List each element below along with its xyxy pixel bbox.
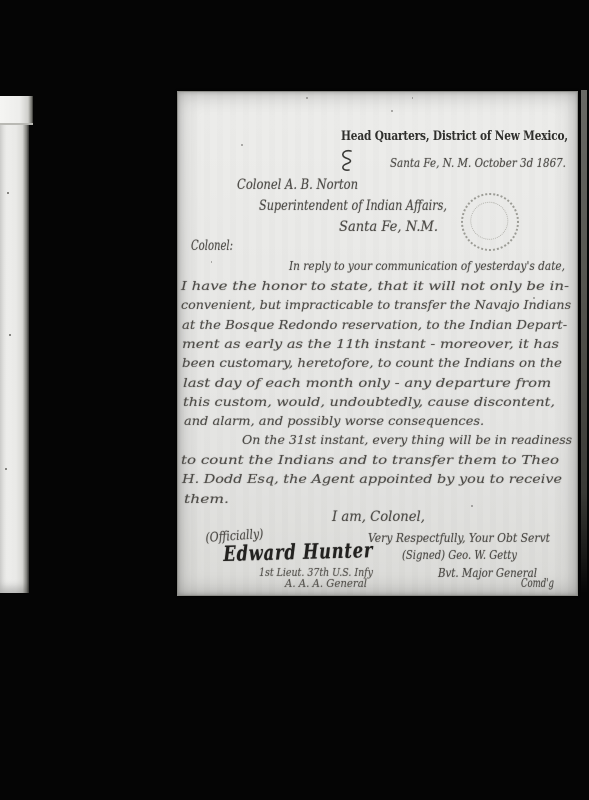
circular-stamp-inner-ring — [466, 198, 512, 244]
valediction: I am, Colonel, — [332, 509, 425, 525]
dust-speck — [211, 261, 212, 263]
recipient-title: Superintendent of Indian Affairs, — [259, 198, 447, 214]
body-line: last day of each month only - any depart… — [183, 375, 551, 390]
dateline: Santa Fe, N. M. October 3d 1867. — [390, 155, 566, 170]
dust-speck — [241, 144, 243, 146]
circular-stamp — [455, 187, 525, 257]
attestation-title: A. A. A. General — [285, 577, 367, 590]
dust-speck — [306, 97, 308, 99]
letterhead-flourish-icon — [339, 149, 355, 173]
dust-speck — [229, 421, 231, 423]
body-line: this custom, would, undoubtedly, cause d… — [183, 394, 555, 409]
microfilm-scan-frame: Head Quarters, District of New Mexico, S… — [0, 0, 589, 800]
salutation: Colonel: — [191, 238, 233, 254]
dust-speck — [533, 297, 535, 299]
compliment-close: Very Respectfully, Your Obt Servt — [368, 530, 550, 545]
dust-speck — [7, 192, 9, 194]
body-line: H. Dodd Esq, the Agent appointed by you … — [182, 471, 562, 486]
attestation-signature: Edward Hunter — [223, 537, 374, 566]
letter-page: Head Quarters, District of New Mexico, S… — [177, 91, 578, 596]
body-line: convenient, but impracticable to transfe… — [181, 297, 571, 312]
body-line: On the 31st instant, every thing will be… — [242, 432, 572, 447]
body-line: In reply to your communication of yester… — [289, 258, 565, 273]
recipient-location: Santa Fe, N.M. — [339, 219, 438, 235]
dust-speck — [412, 97, 413, 99]
signer-commanding: Comd'g — [521, 576, 554, 590]
body-line: at the Bosque Redondo reservation, to th… — [182, 317, 567, 332]
recipient-name: Colonel A. B. Norton — [237, 177, 358, 193]
letterhead-title: Head Quarters, District of New Mexico, — [341, 129, 568, 144]
dust-speck — [471, 505, 473, 507]
body-line: been customary, heretofore, to count the… — [182, 355, 562, 370]
film-edge — [581, 90, 587, 593]
body-line: them. — [184, 491, 229, 506]
dust-speck — [391, 110, 393, 112]
dust-speck — [9, 334, 11, 336]
dust-speck — [5, 468, 7, 470]
body-line: I have the honor to state, that it will … — [181, 278, 569, 293]
adjacent-page-edge-top — [0, 96, 33, 125]
body-line: to count the Indians and to transfer the… — [181, 452, 559, 467]
adjacent-page-edge — [0, 96, 29, 593]
signed-by: (Signed) Geo. W. Getty — [402, 547, 517, 562]
body-line: ment as early as the 11th instant - more… — [182, 336, 559, 351]
